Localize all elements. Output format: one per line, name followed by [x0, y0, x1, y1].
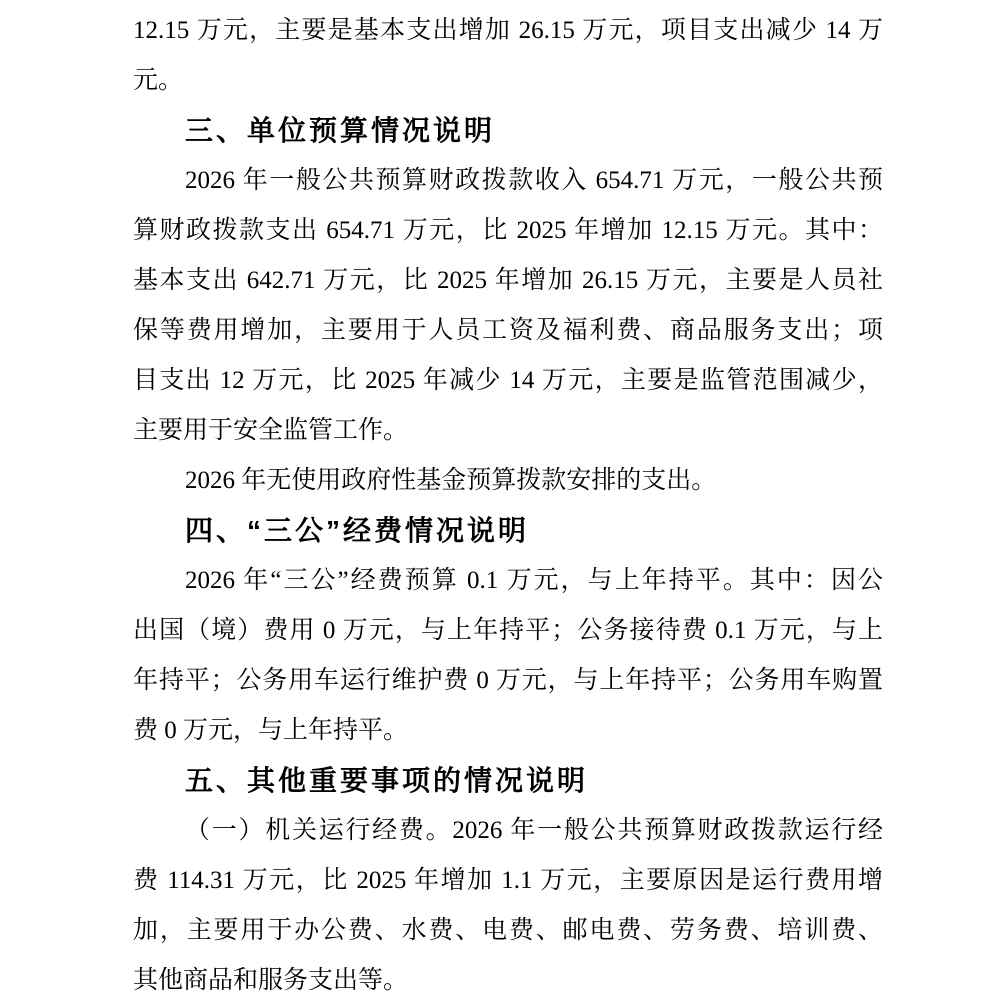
text-line: 12.15 万元，主要是基本支出增加 26.15 万元，项目支出减少 14 万	[133, 6, 883, 56]
heading-section-three-unit-budget: 三、单位预算情况说明	[133, 106, 883, 156]
text-line: 2026 年无使用政府性基金预算拨款安排的支出。	[133, 456, 883, 506]
text-line: 目支出 12 万元，比 2025 年减少 14 万元，主要是监管范围减少，	[133, 356, 883, 406]
text-line: 保等费用增加，主要用于人员工资及福利费、商品服务支出；项	[133, 306, 883, 356]
text-line: 费 0 万元，与上年持平。	[133, 706, 883, 756]
heading-section-four-three-public-funds: 四、“三公”经费情况说明	[133, 506, 883, 556]
text-line: 加，主要用于办公费、水费、电费、邮电费、劳务费、培训费、	[133, 906, 883, 956]
text-line: 费 114.31 万元，比 2025 年增加 1.1 万元，主要原因是运行费用增	[133, 856, 883, 906]
text-line: 2026 年“三公”经费预算 0.1 万元，与上年持平。其中：因公	[133, 556, 883, 606]
text-line: 2026 年一般公共预算财政拨款收入 654.71 万元，一般公共预	[133, 156, 883, 206]
text-line: 算财政拨款支出 654.71 万元，比 2025 年增加 12.15 万元。其中…	[133, 206, 883, 256]
document-page: 12.15 万元，主要是基本支出增加 26.15 万元，项目支出减少 14 万 …	[0, 0, 1000, 1008]
text-line: 基本支出 642.71 万元，比 2025 年增加 26.15 万元，主要是人员…	[133, 256, 883, 306]
text-line: 其他商品和服务支出等。	[133, 956, 883, 1006]
text-line: 元。	[133, 56, 883, 106]
text-line: 年持平；公务用车运行维护费 0 万元，与上年持平；公务用车购置	[133, 656, 883, 706]
text-line: 出国（境）费用 0 万元，与上年持平；公务接待费 0.1 万元，与上	[133, 606, 883, 656]
document-text-block: 12.15 万元，主要是基本支出增加 26.15 万元，项目支出减少 14 万 …	[133, 6, 883, 1006]
text-line: （一）机关运行经费。2026 年一般公共预算财政拨款运行经	[133, 806, 883, 856]
heading-section-five-other-important-matters: 五、其他重要事项的情况说明	[133, 756, 883, 806]
text-line: 主要用于安全监管工作。	[133, 406, 883, 456]
